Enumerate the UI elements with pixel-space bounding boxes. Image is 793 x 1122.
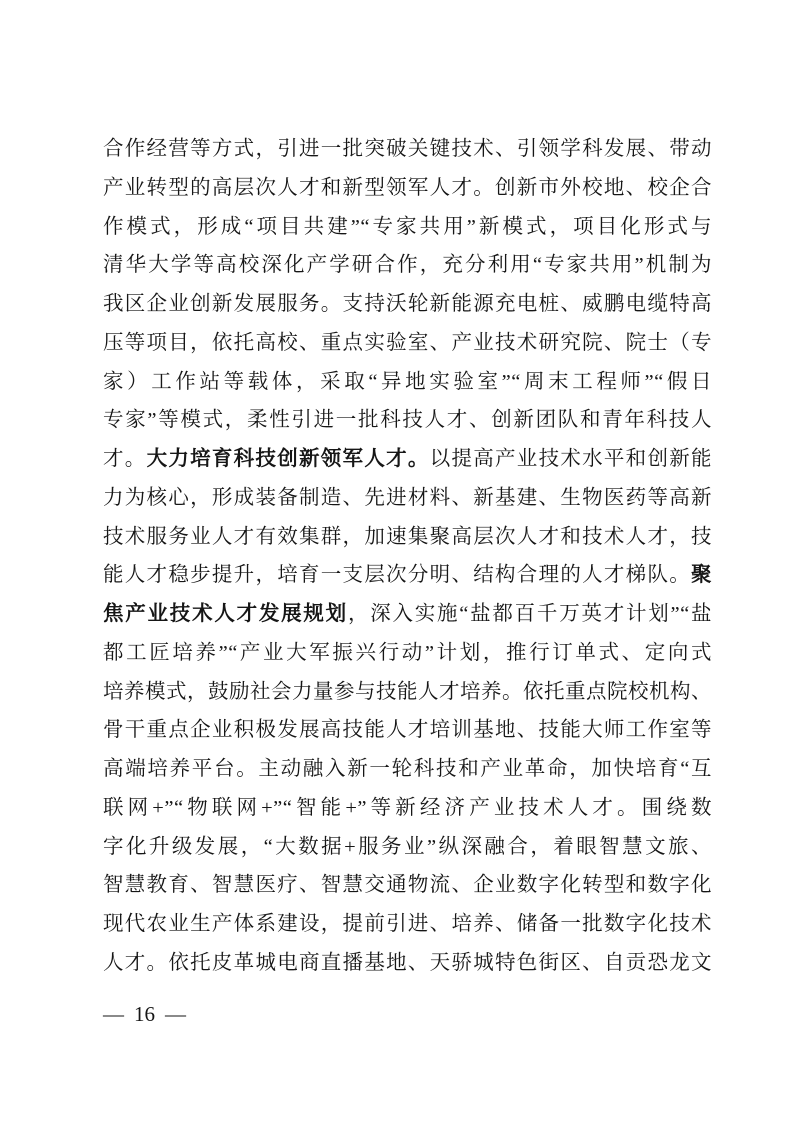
body-text: 培养模式，鼓励社会力量参与技能人才培养。依托重点院校机构、 [103, 681, 712, 703]
text-line: 合作经营等方式，引进一批突破关键技术、引领学科发展、带动 [103, 130, 712, 169]
text-line: 骨干重点企业积极发展高技能人才培训基地、技能大师工作室等 [103, 711, 712, 750]
body-text: 才。 [103, 448, 147, 470]
text-line: 培养模式，鼓励社会力量参与技能人才培养。依托重点院校机构、 [103, 673, 712, 712]
body-text: 骨干重点企业积极发展高技能人才培训基地、技能大师工作室等 [103, 719, 712, 741]
text-line: 才。大力培育科技创新领军人才。以提高产业技术水平和创新能 [103, 440, 712, 479]
body-text: 力为核心，形成装备制造、先进材料、新基建、生物医药等高新 [103, 487, 712, 509]
footer-dash-left: — [103, 1002, 124, 1027]
body-text: 产业转型的高层次人才和新型领军人才。创新市外校地、校企合 [103, 177, 712, 199]
footer-dash-right: — [165, 1002, 186, 1027]
body-text: 专家”等模式，柔性引进一批科技人才、创新团队和青年科技人 [103, 409, 712, 431]
text-line: 清华大学等高校深化产学研合作，充分利用“专家共用”机制为 [103, 246, 712, 285]
page-number: 16 [134, 1002, 155, 1027]
body-text: 智慧教育、智慧医疗、智慧交通物流、企业数字化转型和数字化 [103, 874, 712, 896]
page-footer: — 16 — [103, 1002, 186, 1027]
text-line: 力为核心，形成装备制造、先进材料、新基建、生物医药等高新 [103, 479, 712, 518]
body-text: 作模式，形成“项目共建”“专家共用”新模式，项目化形式与 [103, 216, 712, 238]
text-line: 现代农业生产体系建设，提前引进、培养、储备一批数字化技术 [103, 905, 712, 944]
body-text: 字化升级发展，“大数据+服务业”纵深融合，着眼智慧文旅、 [103, 836, 712, 858]
text-line: 高端培养平台。主动融入新一轮科技和产业革命，加快培育“互 [103, 750, 712, 789]
body-text: 人才。依托皮革城电商直播基地、天骄城特色街区、自贡恐龙文 [103, 952, 712, 974]
text-line: 都工匠培养”“产业大军振兴行动”计划，推行订单式、定向式 [103, 634, 712, 673]
text-line: 作模式，形成“项目共建”“专家共用”新模式，项目化形式与 [103, 208, 712, 247]
body-text: ，深入实施“盐都百千万英才计划”“盐 [348, 603, 712, 625]
emphasis-text: 焦产业技术人才发展规划 [103, 602, 348, 625]
emphasis-text: 聚 [691, 563, 712, 586]
text-line: 技术服务业人才有效集群，加速集聚高层次人才和技术人才，技 [103, 518, 712, 557]
body-text: 技术服务业人才有效集群，加速集聚高层次人才和技术人才，技 [103, 526, 712, 548]
text-line: 人才。依托皮革城电商直播基地、天骄城特色街区、自贡恐龙文 [103, 944, 712, 983]
text-line: 我区企业创新发展服务。支持沃轮新能源充电桩、威鹏电缆特高 [103, 285, 712, 324]
document-page: 合作经营等方式，引进一批突破关键技术、引领学科发展、带动产业转型的高层次人才和新… [0, 0, 793, 1122]
text-line: 字化升级发展，“大数据+服务业”纵深融合，着眼智慧文旅、 [103, 828, 712, 867]
body-text: 以提高产业技术水平和创新能 [430, 448, 712, 470]
body-text: 清华大学等高校深化产学研合作，充分利用“专家共用”机制为 [103, 254, 712, 276]
body-text: 高端培养平台。主动融入新一轮科技和产业革命，加快培育“互 [103, 758, 712, 780]
body-text: 我区企业创新发展服务。支持沃轮新能源充电桩、威鹏电缆特高 [103, 293, 712, 315]
document-body: 合作经营等方式，引进一批突破关键技术、引领学科发展、带动产业转型的高层次人才和新… [103, 130, 712, 983]
text-line: 产业转型的高层次人才和新型领军人才。创新市外校地、校企合 [103, 169, 712, 208]
body-text: 联网+”“物联网+”“智能+”等新经济产业技术人才。围绕数 [103, 797, 712, 819]
text-line: 专家”等模式，柔性引进一批科技人才、创新团队和青年科技人 [103, 401, 712, 440]
text-line: 家）工作站等载体，采取“异地实验室”“周末工程师”“假日 [103, 363, 712, 402]
body-text: 能人才稳步提升，培育一支层次分明、结构合理的人才梯队。 [103, 564, 691, 586]
emphasis-text: 大力培育科技创新领军人才。 [147, 447, 430, 470]
body-text: 合作经营等方式，引进一批突破关键技术、引领学科发展、带动 [103, 138, 712, 160]
text-line: 能人才稳步提升，培育一支层次分明、结构合理的人才梯队。聚 [103, 556, 712, 595]
body-text: 压等项目，依托高校、重点实验室、产业技术研究院、院士（专 [103, 332, 712, 354]
text-line: 智慧教育、智慧医疗、智慧交通物流、企业数字化转型和数字化 [103, 866, 712, 905]
body-text: 都工匠培养”“产业大军振兴行动”计划，推行订单式、定向式 [103, 642, 712, 664]
text-line: 焦产业技术人才发展规划，深入实施“盐都百千万英才计划”“盐 [103, 595, 712, 634]
body-text: 家）工作站等载体，采取“异地实验室”“周末工程师”“假日 [103, 371, 712, 393]
text-line: 压等项目，依托高校、重点实验室、产业技术研究院、院士（专 [103, 324, 712, 363]
text-line: 联网+”“物联网+”“智能+”等新经济产业技术人才。围绕数 [103, 789, 712, 828]
body-text: 现代农业生产体系建设，提前引进、培养、储备一批数字化技术 [103, 913, 712, 935]
